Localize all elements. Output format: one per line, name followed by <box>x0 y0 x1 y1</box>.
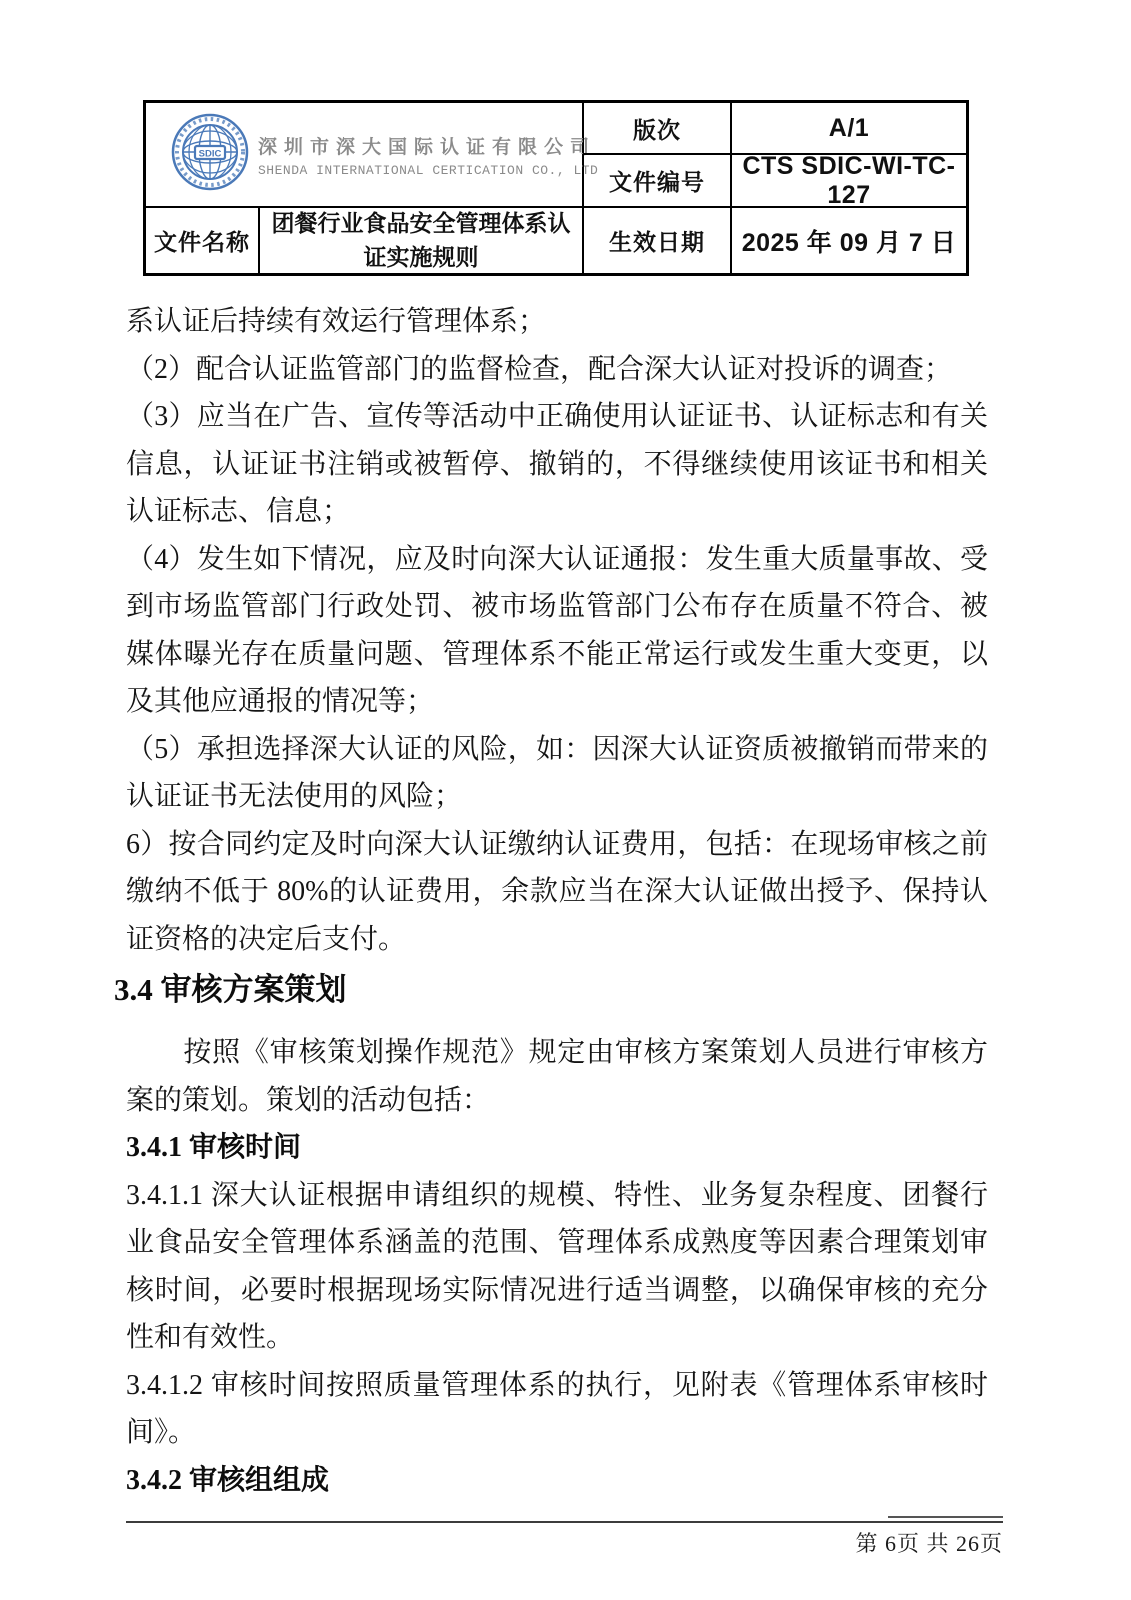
paragraph: 3.4.1.1 深大认证根据申请组织的规模、特性、业务复杂程度、团餐行业食品安全… <box>126 1172 988 1362</box>
doc-name-label: 文件名称 <box>145 207 259 274</box>
version-label: 版次 <box>583 102 731 154</box>
logo-badge-text: SDIC <box>199 149 222 160</box>
document-page: SDIC 深圳市深大国际认证有限公司 SHENDA INTERNATIONAL … <box>0 0 1131 1600</box>
paragraph: （2）配合认证监管部门的监督检查，配合深大认证对投诉的调查； <box>126 346 988 394</box>
paragraph: 系认证后持续有效运行管理体系； <box>126 298 988 346</box>
effective-date-value: 2025 年 09 月 7 日 <box>731 207 967 274</box>
company-name-cn: 深圳市深大国际认证有限公司 <box>258 132 598 159</box>
company-logo-icon: SDIC <box>170 110 250 199</box>
paragraph: 3.4.1.2 审核时间按照质量管理体系的执行，见附表《管理体系审核时间》。 <box>126 1362 988 1457</box>
paragraph: 按照《审核策划操作规范》规定由审核方案策划人员进行审核方案的策划。策划的活动包括… <box>126 1029 988 1124</box>
doc-name-value: 团餐行业食品安全管理体系认证实施规则 <box>259 207 583 274</box>
doc-number-label: 文件编号 <box>583 154 731 207</box>
paragraph: 6）按合同约定及时向深大认证缴纳认证费用，包括：在现场审核之前缴纳不低于 80%… <box>126 821 988 964</box>
paragraph: （5）承担选择深大认证的风险，如：因深大认证资质被撤销而带来的认证证书无法使用的… <box>126 726 988 821</box>
company-name-en: SHENDA INTERNATIONAL CERTICATION CO., LT… <box>258 163 598 178</box>
doc-number-value: CTS SDIC-WI-TC-127 <box>731 154 967 207</box>
company-names: 深圳市深大国际认证有限公司 SHENDA INTERNATIONAL CERTI… <box>258 132 598 178</box>
version-value: A/1 <box>731 102 967 154</box>
effective-date-label: 生效日期 <box>583 207 731 274</box>
header-logo-cell: SDIC 深圳市深大国际认证有限公司 SHENDA INTERNATIONAL … <box>145 102 583 207</box>
page-number: 第 6页 共 26页 <box>855 1527 1003 1558</box>
footer-page-divider <box>888 1516 1003 1518</box>
paragraph: （3）应当在广告、宣传等活动中正确使用认证证书、认证标志和有关信息，认证证书注销… <box>126 393 988 536</box>
paragraph: （4）发生如下情况，应及时向深大认证通报：发生重大质量事故、受到市场监管部门行政… <box>126 536 988 726</box>
document-body: 系认证后持续有效运行管理体系； （2）配合认证监管部门的监督检查，配合深大认证对… <box>126 298 988 1504</box>
section-heading-3-4: 3.4 审核方案策划 <box>114 965 988 1015</box>
section-heading-3-4-2: 3.4.2 审核组组成 <box>126 1457 988 1505</box>
footer-divider <box>126 1521 1003 1523</box>
section-heading-3-4-1: 3.4.1 审核时间 <box>126 1124 988 1172</box>
header-table: SDIC 深圳市深大国际认证有限公司 SHENDA INTERNATIONAL … <box>143 100 969 276</box>
